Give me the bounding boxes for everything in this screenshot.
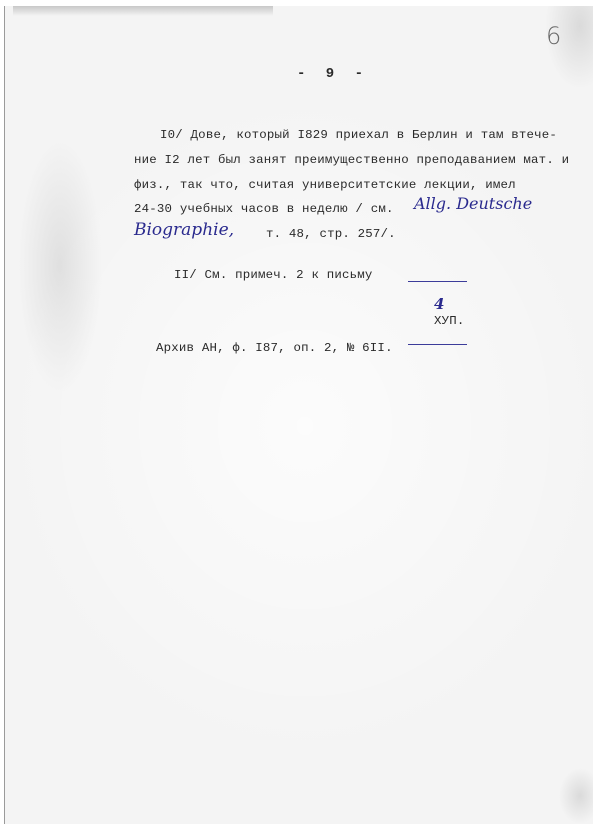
archive-page-number: 6 (546, 22, 561, 50)
scan-edge-shadow (13, 6, 273, 16)
page-number: - 9 - (297, 66, 369, 82)
note-10-line-2: ние I2 лет был занят преимущественно пре… (134, 153, 569, 167)
note-10-line-1: I0/ Дове, который I829 приехал в Берлин … (160, 128, 557, 142)
note-11-text: II/ См. примеч. 2 к письму (174, 268, 373, 282)
handwritten-underline-box: 4 ХУП. (408, 281, 467, 345)
note-10-line-3: физ., так что, считая университетские ле… (134, 178, 516, 192)
archive-source: Архив АН, ф. I87, оп. 2, № 6II. (156, 341, 393, 355)
note-10-tail: т. 48, стр. 257/. (266, 227, 396, 241)
handwritten-mark: 4 (434, 295, 444, 313)
note-10-line-4: 24-30 учебных часов в неделю / см. (134, 202, 394, 216)
letter-roman-numeral: ХУП. (434, 314, 465, 328)
handwritten-letter-reference: 4 ХУП. (392, 263, 467, 364)
handwritten-insert-allg-deutsche: Allg. Deutsche (414, 194, 532, 213)
handwritten-insert-biographie: Biographie, (134, 220, 234, 240)
